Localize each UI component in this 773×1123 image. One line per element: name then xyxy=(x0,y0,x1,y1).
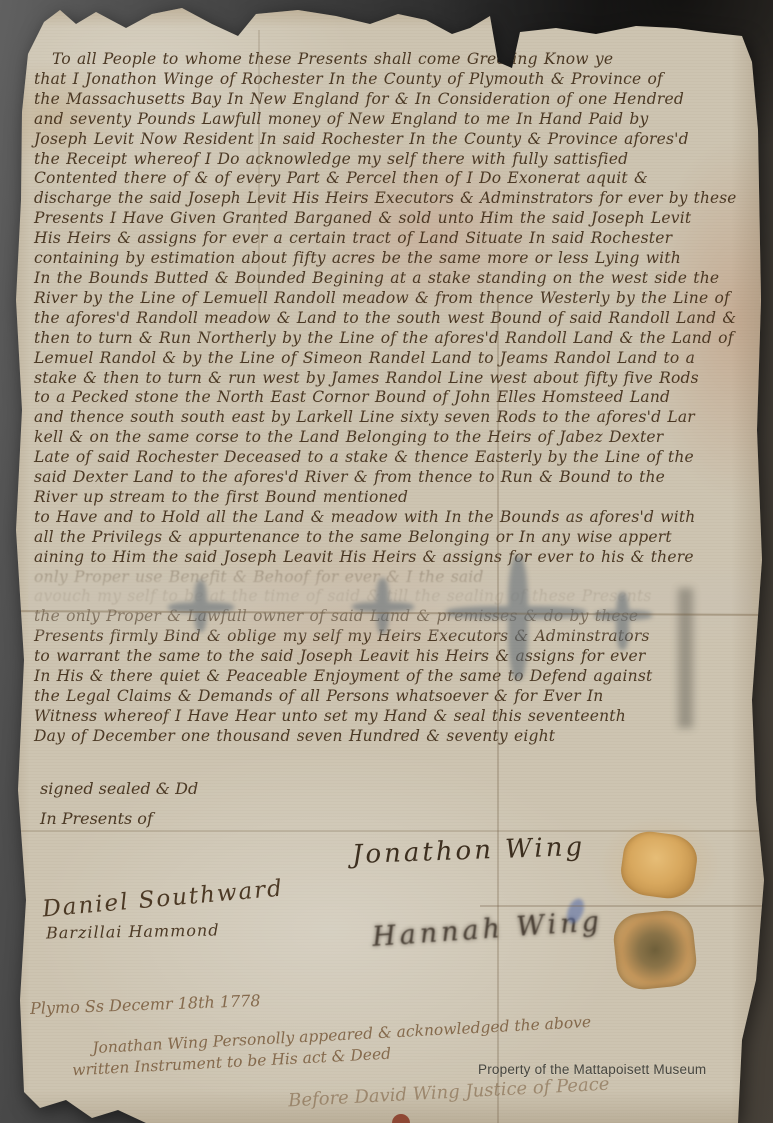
deed-line: to warrant the same to the said Joseph L… xyxy=(34,647,736,667)
deed-line: the Receipt whereof I Do acknowledge my … xyxy=(34,150,736,170)
deed-line: Lemuel Randol & by the Line of Simeon Ra… xyxy=(34,349,736,369)
deed-line: then to turn & Run Northerly by the Line… xyxy=(34,329,736,349)
deed-line: In the Bounds Butted & Bounded Begining … xyxy=(34,269,736,289)
deed-line: the Legal Claims & Demands of all Person… xyxy=(34,687,736,707)
deed-line: Day of December one thousand seven Hundr… xyxy=(34,727,736,747)
deed-line: and thence south south east by Larkell L… xyxy=(34,408,736,428)
deed-body-text: To all People to whome these Presents sh… xyxy=(34,50,736,747)
acknowledgment-officiant-line: Before David Wing Justice of Peace xyxy=(288,1074,610,1112)
deed-line: Contented there of & of every Part & Per… xyxy=(34,169,736,189)
signature-jonathon-wing: Jonathon Wing xyxy=(352,832,586,870)
deed-line: discharge the said Joseph Levit His Heir… xyxy=(34,189,725,209)
deed-line: Witness whereof I Have Hear unto set my … xyxy=(34,707,736,727)
deed-line: containing by estimation about fifty acr… xyxy=(34,249,736,269)
deed-line: In His & there quiet & Peaceable Enjoyme… xyxy=(34,667,736,687)
signed-sealed-line: signed sealed & Dd xyxy=(40,779,198,798)
witness-signature-barzillai-hammond: Barzillai Hammond xyxy=(46,920,220,942)
horizontal-fold-line-3 xyxy=(480,905,765,907)
deed-line: Late of said Rochester Deceased to a sta… xyxy=(34,448,736,468)
deed-line: River up stream to the first Bound menti… xyxy=(34,488,736,508)
deed-line: said Dexter Land to the afores'd River &… xyxy=(34,468,736,488)
photograph-of-deed: To all People to whome these Presents sh… xyxy=(0,0,773,1123)
deed-line: the afores'd Randoll meadow & Land to th… xyxy=(34,309,733,329)
deed-line: all the Privilegs & appurtenance to the … xyxy=(34,528,736,548)
deed-line: to a Pecked stone the North East Cornor … xyxy=(34,388,736,408)
deed-line: and seventy Pounds Lawfull money of New … xyxy=(34,110,736,130)
deed-line: kell & on the same corse to the Land Bel… xyxy=(34,428,736,448)
paper-shadow-wrapper: To all People to whome these Presents sh… xyxy=(0,0,773,1123)
witness-signature-daniel-southward: Daniel Southward xyxy=(41,875,285,922)
deed-line: that I Jonathon Winge of Rochester In th… xyxy=(34,70,736,90)
deed-line: Presents I Have Given Granted Barganed &… xyxy=(34,209,736,229)
wax-seal-lower xyxy=(611,908,699,992)
deed-line: to Have and to Hold all the Land & meado… xyxy=(34,508,736,528)
deed-line: His Heirs & assigns for ever a certain t… xyxy=(34,229,736,249)
in-presence-of-line: In Presents of xyxy=(40,809,153,828)
deed-line: River by the Line of Lemuell Randoll mea… xyxy=(34,289,736,309)
deed-paper-sheet: To all People to whome these Presents sh… xyxy=(0,0,773,1123)
deed-line: To all People to whome these Presents sh… xyxy=(34,50,736,70)
museum-watermark-text: Property of the Mattapoisett Museum xyxy=(478,1062,706,1077)
red-seal-fragment xyxy=(392,1114,410,1123)
deed-line: stake & then to turn & run west by James… xyxy=(34,369,736,389)
acknowledgment-heading: Plymo Ss Decemr 18th 1778 xyxy=(30,991,261,1018)
deed-line: Joseph Levit Now Resident In said Roches… xyxy=(34,130,736,150)
dark-streak-stain xyxy=(678,588,693,728)
deed-line: the Massachusetts Bay In New England for… xyxy=(34,90,736,110)
deed-line: aining to Him the said Joseph Leavit His… xyxy=(34,548,736,568)
wax-seal-upper xyxy=(618,828,700,902)
